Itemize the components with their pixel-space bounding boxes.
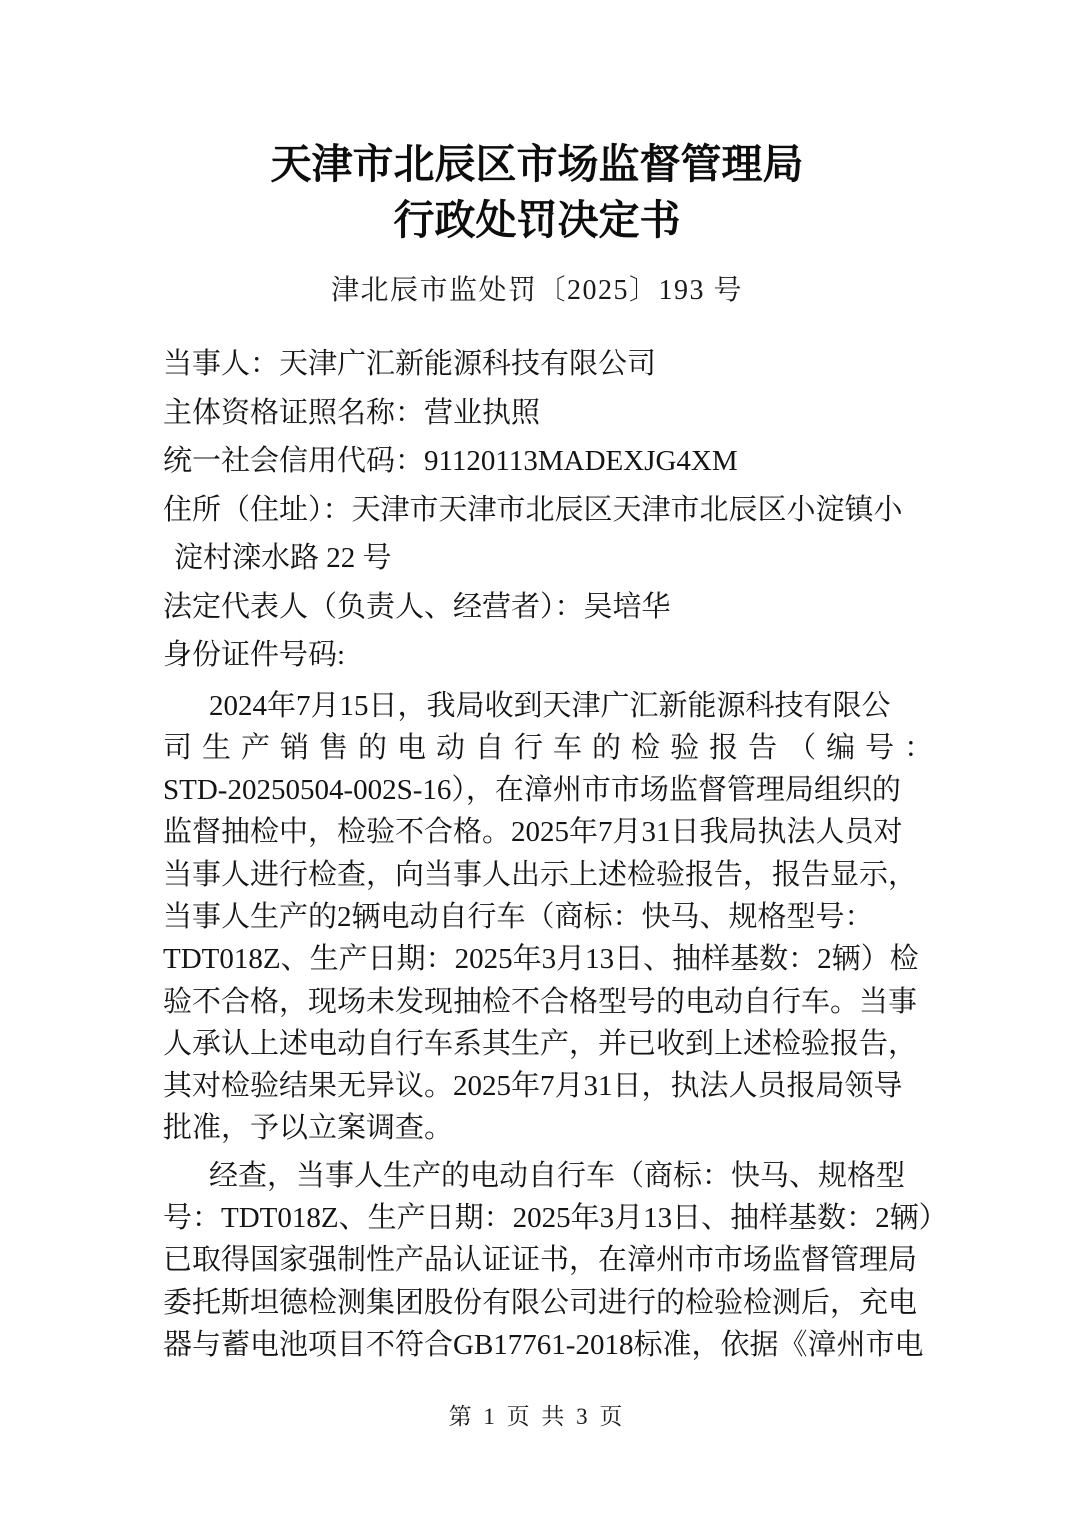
document-body: 当事人：天津广汇新能源科技有限公司 主体资格证照名称：营业执照 统一社会信用代码… bbox=[163, 340, 924, 1366]
doc-line: STD-20250504-002S-16），在漳州市市场监督管理局组织的 bbox=[163, 769, 924, 811]
doc-line: 已取得国家强制性产品认证证书，在漳州市市场监督管理局 bbox=[163, 1239, 924, 1281]
info-line-address: 住所（住址）：天津市天津市北辰区天津市北辰区小淀镇小 bbox=[163, 486, 924, 535]
paragraph-investigation-findings: 经查，当事人生产的电动自行车（商标：快马、规格型 号：TDT018Z、生产日期：… bbox=[163, 1155, 924, 1366]
document-header: 天津市北辰区市场监督管理局 行政处罚决定书 津北辰市监处罚〔2025〕193 号 bbox=[0, 0, 1074, 308]
doc-line: 委托斯坦德检测集团股份有限公司进行的检验检测后，充电 bbox=[163, 1282, 924, 1324]
doc-line: 2024年7月15日，我局收到天津广汇新能源科技有限公 bbox=[163, 685, 924, 727]
doc-line: 经查，当事人生产的电动自行车（商标：快马、规格型 bbox=[163, 1155, 924, 1197]
doc-line: 其对检验结果无异议。2025年7月31日，执法人员报局领导 bbox=[163, 1065, 924, 1107]
doc-line: 验不合格，现场未发现抽检不合格型号的电动自行车。当事 bbox=[163, 981, 924, 1023]
document-number: 津北辰市监处罚〔2025〕193 号 bbox=[0, 268, 1074, 308]
page-footer: 第 1 页 共 3 页 bbox=[0, 1398, 1074, 1431]
info-line-address-continued: 淀村滦水路 22 号 bbox=[163, 534, 924, 583]
document-title-line-1: 天津市北辰区市场监督管理局 bbox=[0, 136, 1074, 192]
penalty-decision-document-page: 天津市北辰区市场监督管理局 行政处罚决定书 津北辰市监处罚〔2025〕193 号… bbox=[0, 0, 1074, 1520]
info-line-legal-representative: 法定代表人（负责人、经营者）：吴培华 bbox=[163, 583, 924, 632]
doc-line: 人承认上述电动自行车系其生产，并已收到上述检验报告， bbox=[163, 1023, 924, 1065]
info-line-id-number: 身份证件号码: bbox=[163, 631, 924, 680]
info-line-party-name: 当事人：天津广汇新能源科技有限公司 bbox=[163, 340, 924, 389]
doc-line: 当事人生产的2辆电动自行车（商标：快马、规格型号： bbox=[163, 896, 924, 938]
party-info-section: 当事人：天津广汇新能源科技有限公司 主体资格证照名称：营业执照 统一社会信用代码… bbox=[163, 340, 924, 680]
info-line-credit-code: 统一社会信用代码：91120113MADEXJG4XM bbox=[163, 437, 924, 486]
doc-line: TDT018Z、生产日期：2025年3月13日、抽样基数：2辆）检 bbox=[163, 938, 924, 980]
doc-line: 当事人进行检查，向当事人出示上述检验报告，报告显示， bbox=[163, 854, 924, 896]
doc-line: 司生产销售的电动自行车的检验报告（编号： bbox=[163, 727, 924, 769]
document-title-line-2: 行政处罚决定书 bbox=[0, 192, 1074, 248]
info-line-license-type: 主体资格证照名称：营业执照 bbox=[163, 389, 924, 438]
doc-line: 器与蓄电池项目不符合GB17761-2018标准，依据《漳州市电 bbox=[163, 1324, 924, 1366]
doc-line: 批准，予以立案调查。 bbox=[163, 1107, 924, 1149]
doc-line: 号：TDT018Z、生产日期：2025年3月13日、抽样基数：2辆） bbox=[163, 1197, 924, 1239]
doc-line: 监督抽检中，检验不合格。2025年7月31日我局执法人员对 bbox=[163, 811, 924, 853]
paragraph-case-origin: 2024年7月15日，我局收到天津广汇新能源科技有限公 司生产销售的电动自行车的… bbox=[163, 685, 924, 1150]
